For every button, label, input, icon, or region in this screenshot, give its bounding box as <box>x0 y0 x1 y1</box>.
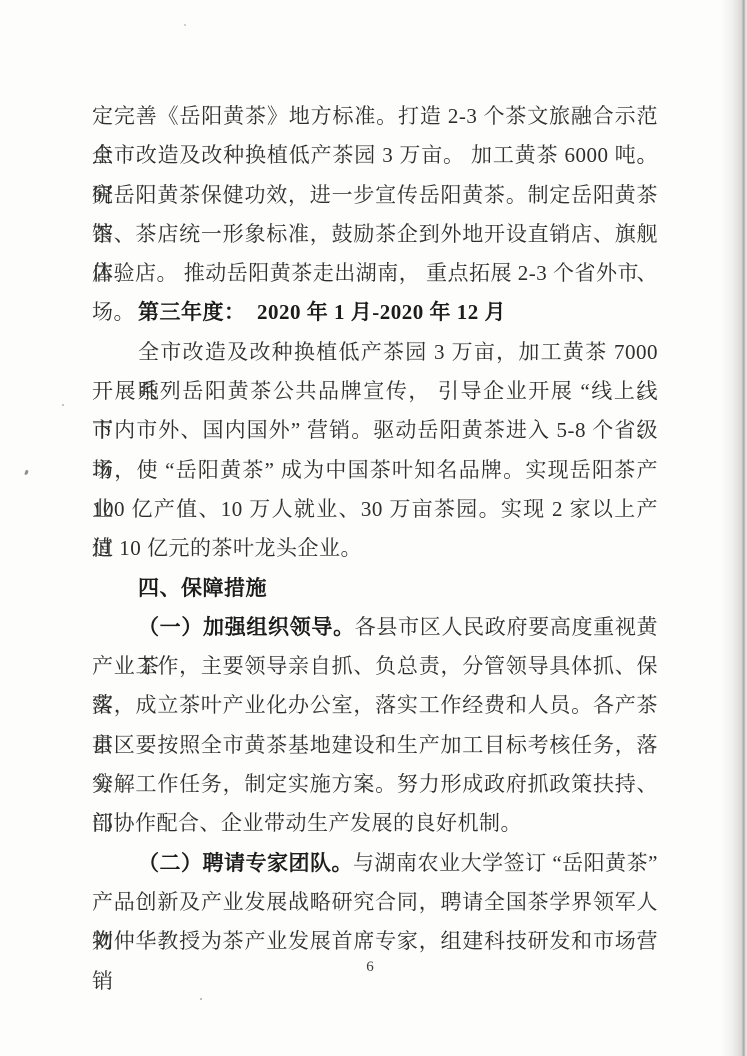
text-block: 定完善《岳阳黄茶》地方标准。打造 2-3 个茶文旅融合示范点。全市改造及改种换植… <box>92 97 658 962</box>
text-line-19: 门协作配合、企业带动生产发展的良好机制。 <box>92 804 658 843</box>
scan-edge-shadow <box>721 0 747 1056</box>
text-line-17: 市区要按照全市黄茶基地建设和生产加工目标考核任务，落实 <box>92 726 658 765</box>
scanned-document-page: 定完善《岳阳黄茶》地方标准。打造 2-3 个茶文旅融合示范点。全市改造及改种换植… <box>0 0 747 1056</box>
text-line-16: 实，成立茶叶产业化办公室，落实工作经费和人员。各产茶县 <box>92 686 658 725</box>
scan-speck <box>200 998 202 1000</box>
scan-speck <box>24 470 28 476</box>
text-line-5: 体验店。 推动岳阳黄茶走出湖南， 重点拓展 2-3 个省外市场。 <box>92 254 658 293</box>
text-line-6: 第三年度： 2020 年 1 月-2020 年 12 月 <box>92 293 658 332</box>
text-line-4: 馆、茶店统一形象标准，鼓励茶企到外地开设直销店、旗舰店、 <box>92 215 658 254</box>
bold-text-segment: （一）加强组织领导。 <box>138 615 355 639</box>
text-line-9: 市内市外、国内国外” 营销。驱动岳阳黄茶进入 5-8 个省级市 <box>92 411 658 450</box>
text-line-12: 过 10 亿元的茶叶龙头企业。 <box>92 529 658 568</box>
text-line-2: 全市改造及改种换植低产茶园 3 万亩。 加工黄茶 6000 吨。 研 <box>92 136 658 175</box>
text-line-13: 四、保障措施 <box>92 569 658 608</box>
bold-text-segment: 四、保障措施 <box>138 576 267 600</box>
text-line-18: 分解工作任务，制定实施方案。努力形成政府抓政策扶持、部 <box>92 765 658 804</box>
scan-speck <box>62 404 64 406</box>
text-line-8: 开展系列岳阳黄茶公共品牌宣传， 引导企业开展 “线上线下、 <box>92 372 658 411</box>
page-number: 6 <box>92 952 648 982</box>
text-line-11: 100 亿产值、10 万人就业、30 万亩茶园。实现 2 家以上产值 <box>92 490 658 529</box>
text-line-21: 产品创新及产业发展战略研究合同，聘请全国茶学界领军人物 <box>92 883 658 922</box>
text-segment: 门协作配合、企业带动生产发展的良好机制。 <box>92 811 522 835</box>
text-line-14: （一）加强组织领导。各县市区人民政府要高度重视黄茶 <box>92 608 658 647</box>
text-line-15: 产业工作，主要领导亲自抓、负总责，分管领导具体抓、保落 <box>92 647 658 686</box>
scan-speck <box>184 24 186 26</box>
bold-text-segment: （二）聘请专家团队。 <box>138 851 353 875</box>
text-segment: 与湖南农业大学签订 “岳阳黄茶” <box>353 851 658 875</box>
text-line-1: 定完善《岳阳黄茶》地方标准。打造 2-3 个茶文旅融合示范点。 <box>92 97 658 136</box>
text-segment: 过 10 亿元的茶叶龙头企业。 <box>92 536 362 560</box>
bold-text-segment: 第三年度： 2020 年 1 月-2020 年 12 月 <box>138 300 506 324</box>
text-line-3: 究岳阳黄茶保健功效，进一步宣传岳阳黄茶。制定岳阳黄茶茶 <box>92 176 658 215</box>
text-line-7: 全市改造及改种换植低产茶园 3 万亩，加工黄茶 7000 吨。 <box>92 333 658 372</box>
text-line-10: 场，使 “岳阳黄茶” 成为中国茶叶知名品牌。实现岳阳茶产业 <box>92 451 658 490</box>
text-line-20: （二）聘请专家团队。与湖南农业大学签订 “岳阳黄茶” <box>92 844 658 883</box>
